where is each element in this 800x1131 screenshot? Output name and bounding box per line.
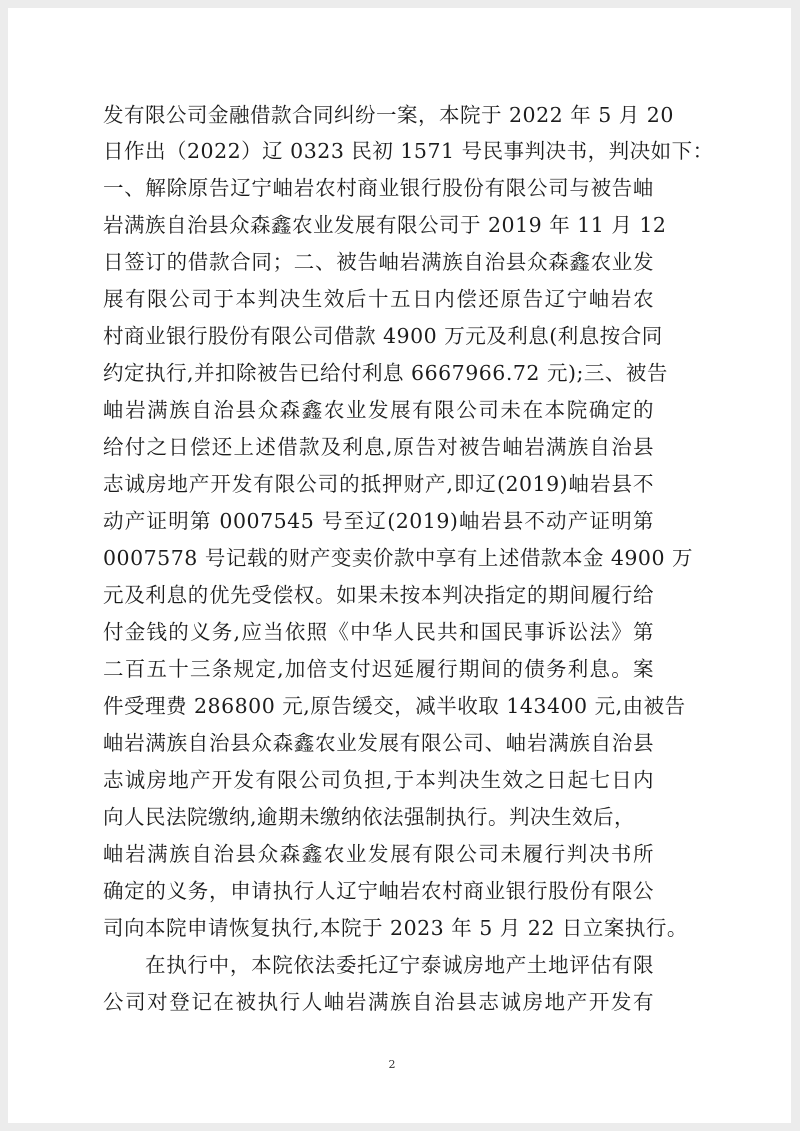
text-line: 日作出（2022）辽 0323 民初 1571 号民事判决书，判决如下： xyxy=(103,136,654,166)
text-line: 确定的义务，申请执行人辽宁岫岩农村商业银行股份有限公 xyxy=(103,876,654,906)
text-line: 元及利息的优先受偿权。如果未按本判决指定的期间履行给 xyxy=(103,580,654,610)
text-line: 展有限公司于本判决生效后十五日内偿还原告辽宁岫岩农 xyxy=(103,284,654,314)
text-line: 岫岩满族自治县众森鑫农业发展有限公司、岫岩满族自治县 xyxy=(103,728,654,758)
text-line: 约定执行,并扣除被告已给付利息 6667966.72 元);三、被告 xyxy=(103,358,654,388)
text-line: 发有限公司金融借款合同纠纷一案，本院于 2022 年 5 月 20 xyxy=(103,100,654,130)
paragraph-first-line: 在执行中，本院依法委托辽宁泰诚房地产土地评估有限 xyxy=(145,950,654,980)
text-line: 0007578 号记载的财产变卖价款中享有上述借款本金 4900 万 xyxy=(103,543,654,573)
text-line: 付金钱的义务,应当依照《中华人民共和国民事诉讼法》第 xyxy=(103,617,654,647)
text-line: 动产证明第 0007545 号至辽(2019)岫岩县不动产证明第 xyxy=(103,506,654,536)
text-line: 岫岩满族自治县众森鑫农业发展有限公司未履行判决书所 xyxy=(103,839,654,869)
text-line: 志诚房地产开发有限公司负担,于本判决生效之日起七日内 xyxy=(103,765,654,795)
text-line: 岫岩满族自治县众森鑫农业发展有限公司未在本院确定的 xyxy=(103,395,654,425)
text-line: 二百五十三条规定,加倍支付迟延履行期间的债务利息。案 xyxy=(103,654,654,684)
text-line: 司向本院申请恢复执行,本院于 2023 年 5 月 22 日立案执行。 xyxy=(103,913,654,943)
text-line: 村商业银行股份有限公司借款 4900 万元及利息(利息按合同 xyxy=(103,321,654,351)
page-number: 2 xyxy=(386,1058,398,1071)
text-line: 岩满族自治县众森鑫农业发展有限公司于 2019 年 11 月 12 xyxy=(103,210,654,240)
text-line: 公司对登记在被执行人岫岩满族自治县志诚房地产开发有 xyxy=(103,987,654,1017)
text-line: 日签订的借款合同；二、被告岫岩满族自治县众森鑫农业发 xyxy=(103,247,654,277)
document-page: 发有限公司金融借款合同纠纷一案，本院于 2022 年 5 月 20 日作出（20… xyxy=(8,8,791,1123)
text-line: 一、解除原告辽宁岫岩农村商业银行股份有限公司与被告岫 xyxy=(103,173,654,203)
text-line: 给付之日偿还上述借款及利息,原告对被告岫岩满族自治县 xyxy=(103,432,654,462)
text-line: 件受理费 286800 元,原告缓交，减半收取 143400 元,由被告 xyxy=(103,691,654,721)
text-line: 向人民法院缴纳,逾期未缴纳依法强制执行。判决生效后， xyxy=(103,802,654,832)
text-line: 志诚房地产开发有限公司的抵押财产,即辽(2019)岫岩县不 xyxy=(103,469,654,499)
